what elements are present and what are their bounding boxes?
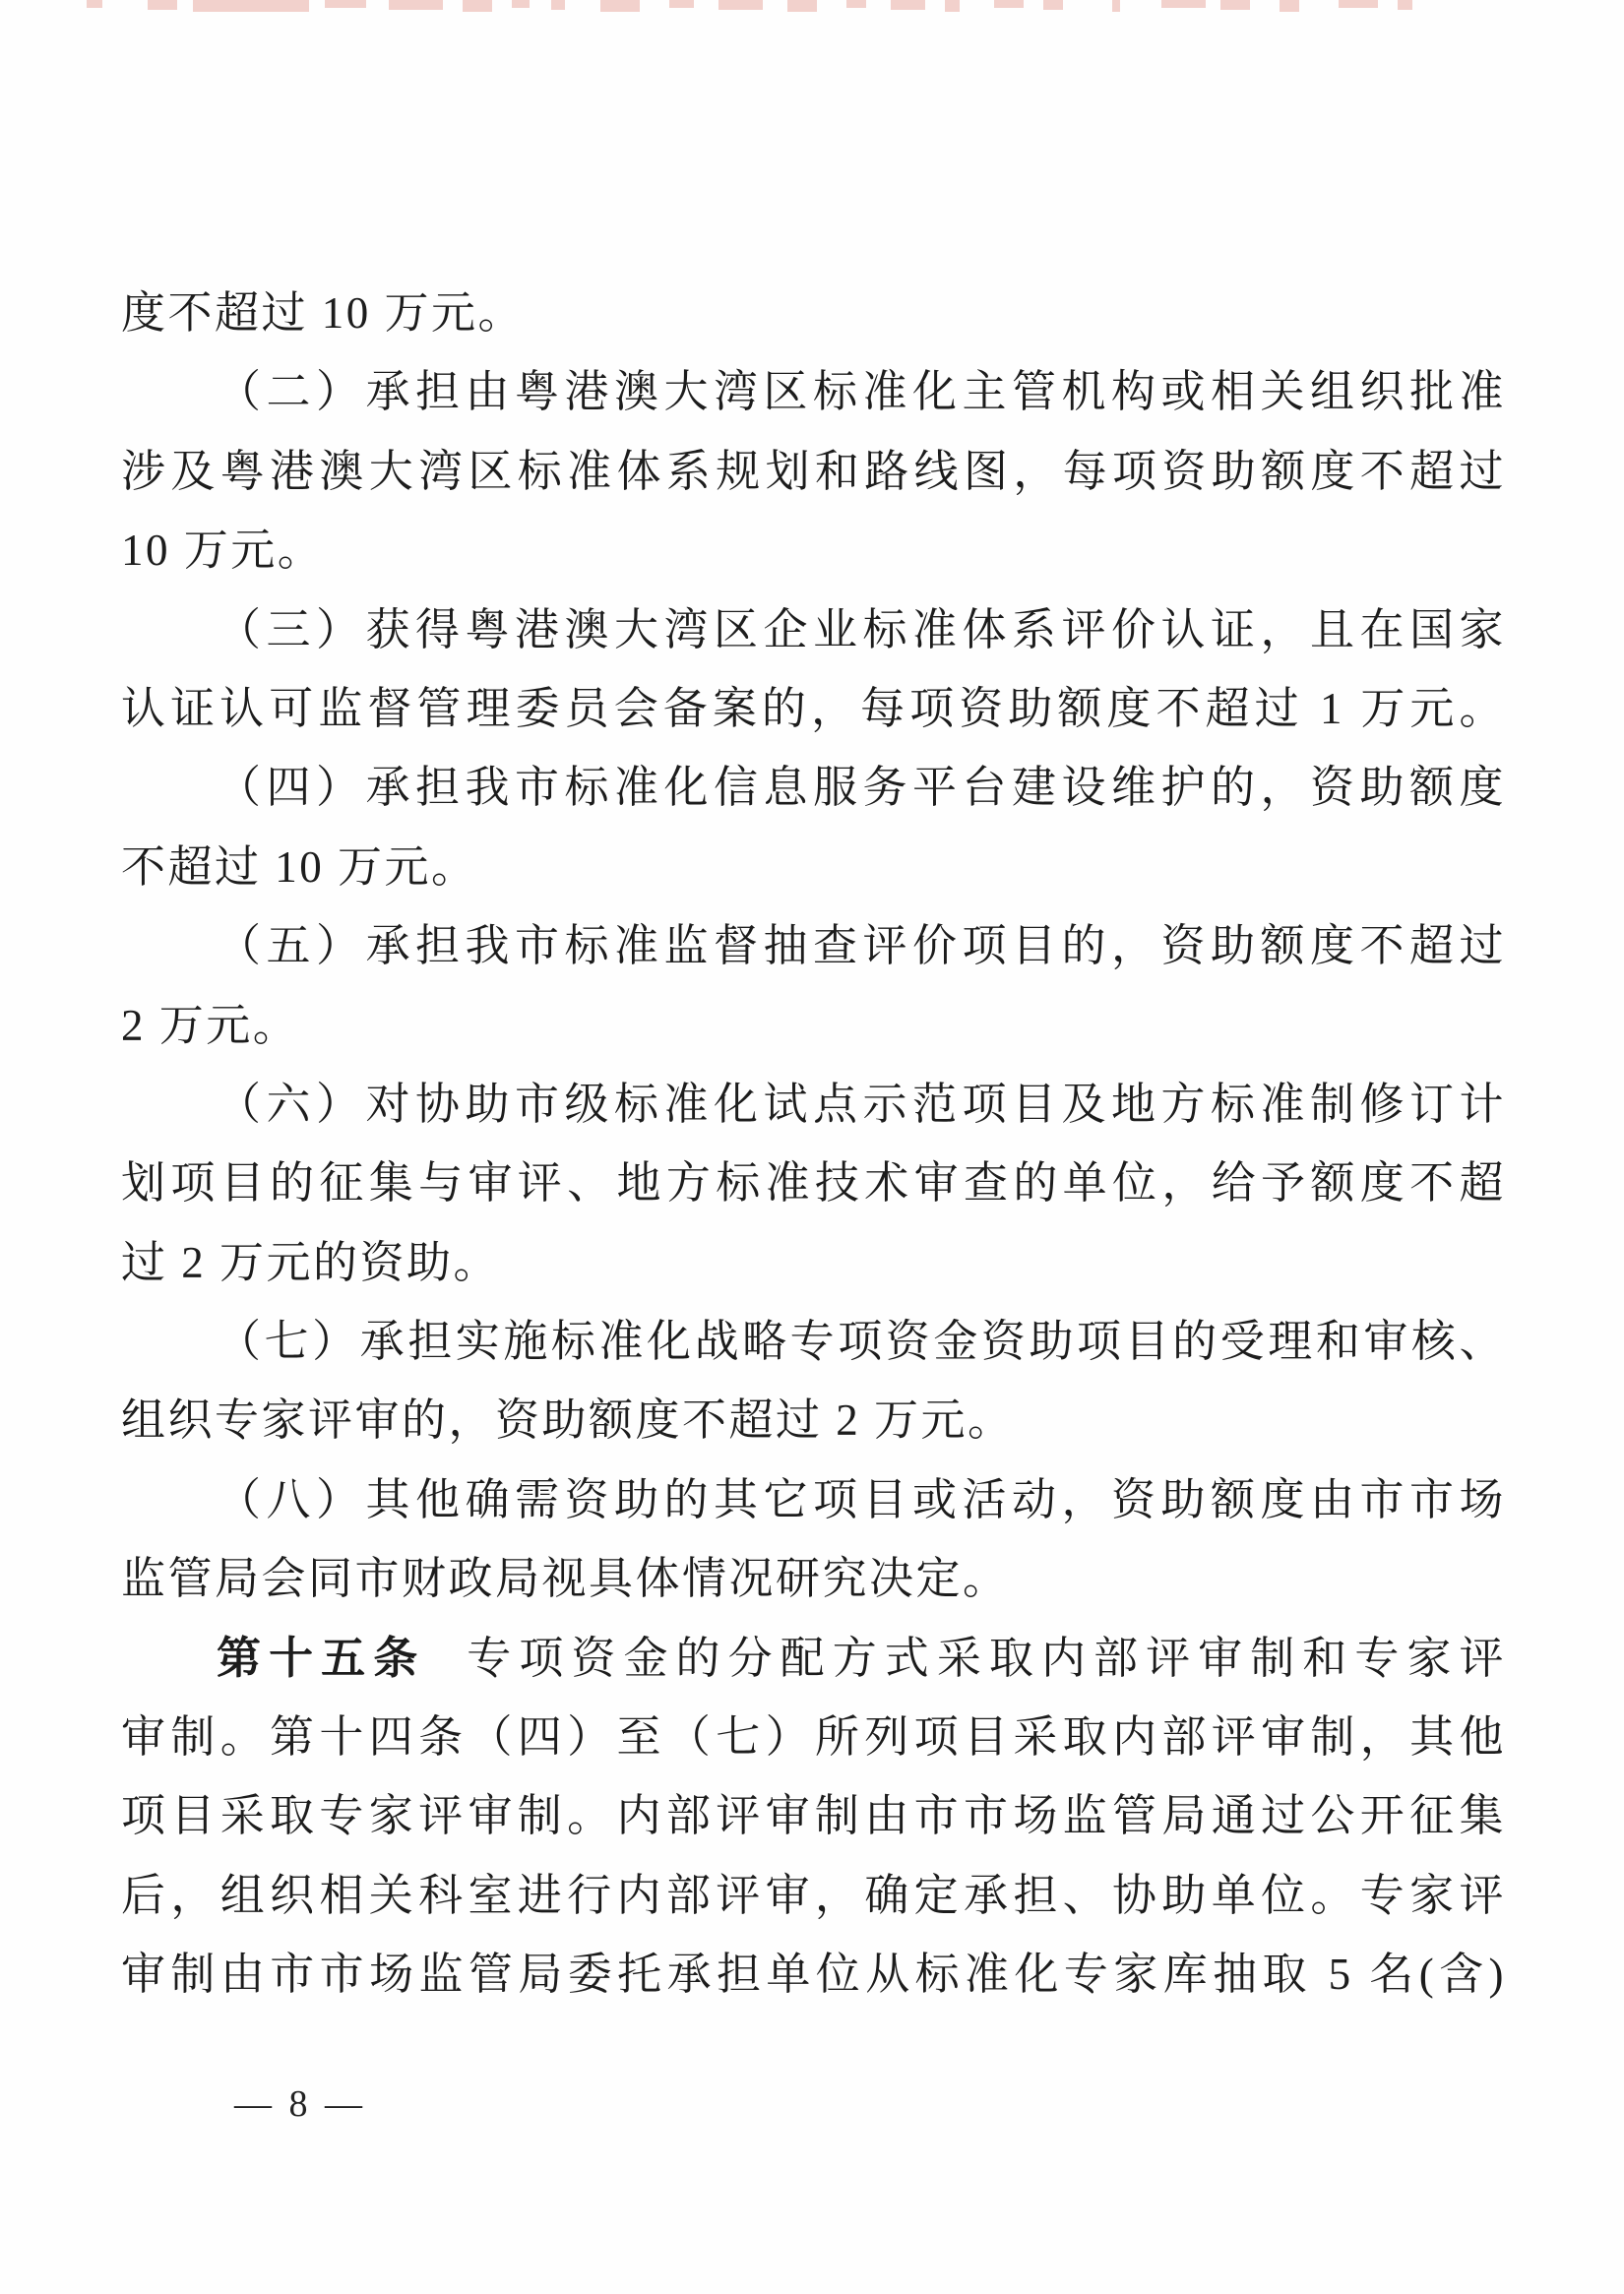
red-artifact-fragment <box>669 0 694 8</box>
text-line: （二）承担由粤港澳大湾区标准化主管机构或相关组织批准 <box>121 352 1506 431</box>
text-line: （三）获得粤港澳大湾区企业标准体系评价认证，且在国家 <box>121 590 1506 669</box>
red-artifact-fragment <box>463 0 492 12</box>
red-artifact-fragment <box>891 0 925 10</box>
red-artifact-fragment <box>87 0 102 8</box>
text-line: （四）承担我市标准化信息服务平台建设维护的，资助额度 <box>121 748 1506 827</box>
text-line: 监管局会同市财政局视具体情况研究决定。 <box>121 1539 1506 1618</box>
text-line: （五）承担我市标准监督抽查评价项目的，资助额度不超过 <box>121 906 1506 985</box>
text-line: 审制由市市场监管局委托承担单位从标准化专家库抽取 5 名(含) <box>121 1935 1506 2014</box>
text-line: 认证认可监督管理委员会备案的，每项资助额度不超过 1 万元。 <box>121 669 1506 748</box>
text-line: 2 万元。 <box>121 986 1506 1065</box>
red-artifact-fragment <box>1161 0 1206 8</box>
document-body: 度不超过 10 万元。（二）承担由粤港澳大湾区标准化主管机构或相关组织批准涉及粤… <box>121 274 1506 2015</box>
red-artifact-fragment <box>1280 0 1299 12</box>
top-edge-red-artifact <box>0 0 1624 14</box>
text-line-body: 专项资金的分配方式采取内部评审制和专家评 <box>467 1634 1506 1683</box>
text-line: 组织专家评审的，资助额度不超过 2 万元。 <box>121 1381 1506 1459</box>
red-artifact-fragment <box>551 0 565 10</box>
text-line: 后，组织相关科室进行内部评审，确定承担、协助单位。专家评 <box>121 1856 1506 1935</box>
red-artifact-fragment <box>193 0 309 12</box>
text-line: （七）承担实施标准化战略专项资金资助项目的受理和审核、 <box>121 1302 1506 1381</box>
text-line: 划项目的征集与审评、地方标准技术审查的单位，给予额度不超 <box>121 1144 1506 1222</box>
red-artifact-fragment <box>600 0 640 12</box>
text-line: 度不超过 10 万元。 <box>121 274 1506 352</box>
red-artifact-fragment <box>512 0 530 8</box>
red-artifact-fragment <box>1220 0 1250 10</box>
text-line: 10 万元。 <box>121 511 1506 589</box>
text-line: 涉及粤港澳大湾区标准体系规划和路线图，每项资助额度不超过 <box>121 432 1506 511</box>
red-artifact-fragment <box>994 0 1024 8</box>
article-number-bold: 第十五条 <box>217 1634 425 1683</box>
red-artifact-fragment <box>718 0 763 10</box>
text-line: 第十五条专项资金的分配方式采取内部评审制和专家评 <box>121 1619 1506 1698</box>
text-line: 审制。第十四条（四）至（七）所列项目采取内部评审制，其他 <box>121 1698 1506 1776</box>
red-artifact-fragment <box>389 0 443 10</box>
page-number: — 8 — <box>234 2082 366 2126</box>
red-artifact-fragment <box>148 0 177 10</box>
red-artifact-fragment <box>846 0 866 8</box>
red-artifact-fragment <box>787 0 817 12</box>
red-artifact-fragment <box>1112 0 1120 12</box>
document-page: 度不超过 10 万元。（二）承担由粤港澳大湾区标准化主管机构或相关组织批准涉及粤… <box>0 0 1624 2294</box>
text-line: 不超过 10 万元。 <box>121 828 1506 906</box>
red-artifact-fragment <box>1398 0 1412 10</box>
red-artifact-fragment <box>325 0 366 8</box>
red-artifact-fragment <box>1339 0 1378 8</box>
text-line: （八）其他确需资助的其它项目或活动，资助额度由市市场 <box>121 1460 1506 1539</box>
text-line: 项目采取专家评审制。内部评审制由市市场监管局通过公开征集 <box>121 1776 1506 1855</box>
red-artifact-fragment <box>1043 0 1063 10</box>
text-line: （六）对协助市级标准化试点示范项目及地方标准制修订计 <box>121 1065 1506 1144</box>
red-artifact-fragment <box>945 0 960 12</box>
text-line: 过 2 万元的资助。 <box>121 1223 1506 1302</box>
